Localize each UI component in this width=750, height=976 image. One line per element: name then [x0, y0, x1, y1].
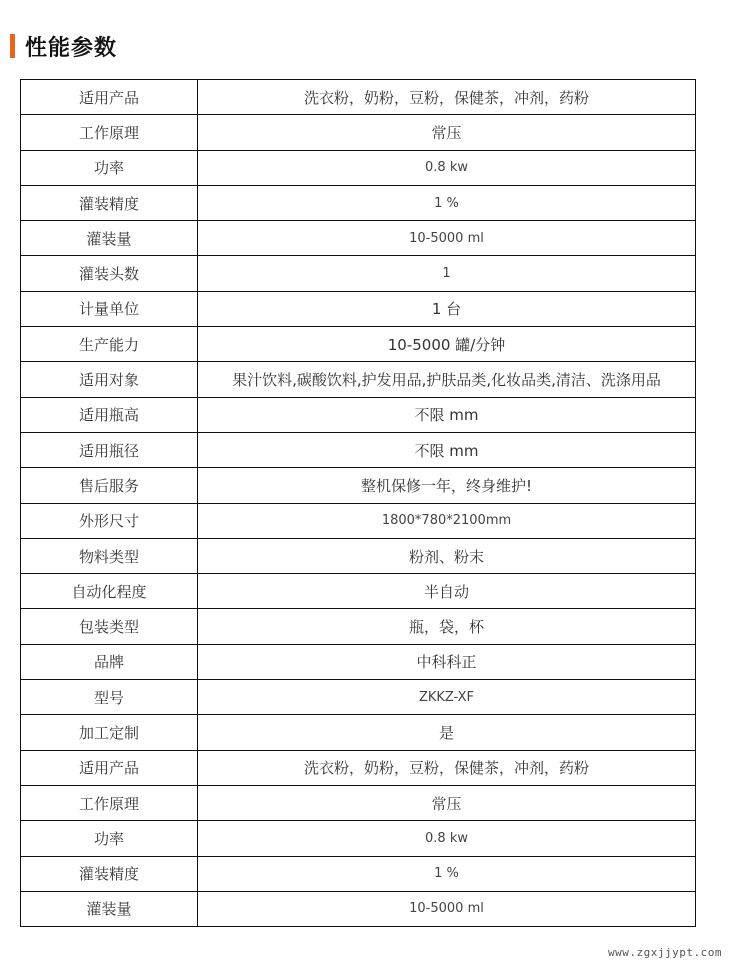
spec-value: 瓶，袋，杯: [198, 609, 696, 644]
spec-value: 是: [198, 715, 696, 750]
spec-key: 灌装头数: [21, 256, 198, 291]
table-row: 生产能力10-5000 罐/分钟: [21, 327, 696, 362]
table-row: 型号ZKKZ-XF: [21, 680, 696, 715]
spec-key: 外形尺寸: [21, 503, 198, 538]
spec-key: 生产能力: [21, 327, 198, 362]
spec-value: 不限 mm: [198, 397, 696, 432]
table-row: 外形尺寸1800*780*2100mm: [21, 503, 696, 538]
spec-value: 10-5000 ml: [198, 221, 696, 256]
spec-value: 半自动: [198, 574, 696, 609]
watermark: www.zgxjjypt.com: [608, 946, 722, 959]
spec-value: 1 %: [198, 856, 696, 891]
section-title: 性能参数: [25, 31, 117, 62]
spec-key: 适用产品: [21, 80, 198, 115]
spec-key: 功率: [21, 150, 198, 185]
spec-value: 1 %: [198, 185, 696, 220]
table-row: 功率0.8 kw: [21, 150, 696, 185]
spec-value: 0.8 kw: [198, 150, 696, 185]
spec-key: 品牌: [21, 644, 198, 679]
spec-key: 适用瓶径: [21, 432, 198, 467]
spec-value: ZKKZ-XF: [198, 680, 696, 715]
spec-key: 工作原理: [21, 115, 198, 150]
spec-value: 10-5000 ml: [198, 891, 696, 926]
section-header: 性能参数: [10, 31, 117, 61]
spec-key: 灌装精度: [21, 856, 198, 891]
table-row: 物料类型粉剂、粉末: [21, 538, 696, 573]
spec-key: 适用瓶高: [21, 397, 198, 432]
table-row: 适用产品洗衣粉，奶粉，豆粉，保健茶，冲剂，药粉: [21, 80, 696, 115]
table-row: 售后服务整机保修一年，终身维护!: [21, 468, 696, 503]
spec-value: 10-5000 罐/分钟: [198, 327, 696, 362]
table-row: 灌装头数1: [21, 256, 696, 291]
spec-value: 整机保修一年，终身维护!: [198, 468, 696, 503]
spec-value: 洗衣粉，奶粉，豆粉，保健茶，冲剂，药粉: [198, 750, 696, 785]
spec-value: 中科科正: [198, 644, 696, 679]
table-row: 自动化程度半自动: [21, 574, 696, 609]
spec-key: 加工定制: [21, 715, 198, 750]
spec-value: 0.8 kw: [198, 821, 696, 856]
table-row: 灌装量10-5000 ml: [21, 221, 696, 256]
spec-value: 常压: [198, 115, 696, 150]
spec-value: 洗衣粉，奶粉，豆粉，保健茶，冲剂，药粉: [198, 80, 696, 115]
table-row: 灌装精度1 %: [21, 856, 696, 891]
table-row: 功率0.8 kw: [21, 821, 696, 856]
table-row: 包装类型瓶，袋，杯: [21, 609, 696, 644]
spec-key: 售后服务: [21, 468, 198, 503]
spec-value: 不限 mm: [198, 432, 696, 467]
spec-key: 型号: [21, 680, 198, 715]
table-row: 适用瓶高不限 mm: [21, 397, 696, 432]
table-row: 品牌中科科正: [21, 644, 696, 679]
spec-value: 1: [198, 256, 696, 291]
spec-key: 适用产品: [21, 750, 198, 785]
title-accent-bar: [10, 34, 15, 58]
spec-key: 功率: [21, 821, 198, 856]
spec-key: 灌装量: [21, 891, 198, 926]
table-row: 工作原理常压: [21, 785, 696, 820]
table-row: 灌装量10-5000 ml: [21, 891, 696, 926]
table-row: 工作原理常压: [21, 115, 696, 150]
table-row: 加工定制是: [21, 715, 696, 750]
spec-key: 适用对象: [21, 362, 198, 397]
spec-table: 适用产品洗衣粉，奶粉，豆粉，保健茶，冲剂，药粉工作原理常压功率0.8 kw灌装精…: [20, 79, 696, 927]
table-row: 计量单位1 台: [21, 291, 696, 326]
spec-key: 自动化程度: [21, 574, 198, 609]
spec-value: 1800*780*2100mm: [198, 503, 696, 538]
spec-key: 计量单位: [21, 291, 198, 326]
spec-value: 1 台: [198, 291, 696, 326]
spec-key: 灌装精度: [21, 185, 198, 220]
table-row: 适用对象果汁饮料,碳酸饮料,护发用品,护肤品类,化妆品类,清洁、洗涤用品: [21, 362, 696, 397]
table-row: 灌装精度1 %: [21, 185, 696, 220]
spec-key: 灌装量: [21, 221, 198, 256]
spec-value: 粉剂、粉末: [198, 538, 696, 573]
spec-value: 常压: [198, 785, 696, 820]
table-row: 适用产品洗衣粉，奶粉，豆粉，保健茶，冲剂，药粉: [21, 750, 696, 785]
spec-value: 果汁饮料,碳酸饮料,护发用品,护肤品类,化妆品类,清洁、洗涤用品: [198, 362, 696, 397]
table-row: 适用瓶径不限 mm: [21, 432, 696, 467]
spec-key: 包装类型: [21, 609, 198, 644]
spec-key: 工作原理: [21, 785, 198, 820]
spec-key: 物料类型: [21, 538, 198, 573]
